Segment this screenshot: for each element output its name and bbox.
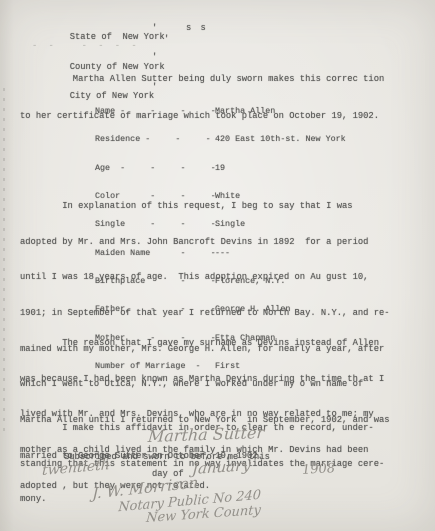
stray-tick-mark: ' (164, 34, 169, 44)
record-label: Name - (95, 106, 125, 116)
record-value: 420 East 10th-st. New York (215, 135, 346, 143)
record-row-residence: Residence - - - 420 East 10th-st. New Yo… (95, 135, 346, 143)
record-row-name: Name - - - - Martha Allen (95, 107, 346, 115)
record-label: Age - (95, 163, 125, 173)
paragraph-line: until I was 18 years of age. This adopti… (20, 270, 390, 286)
record-dash-fill: - - - (125, 106, 215, 116)
record-dash-fill: - - - (125, 163, 215, 173)
record-row-age: Age - - - - 19 (95, 164, 346, 172)
record-value: 19 (215, 164, 225, 172)
paragraph-line: The reason that I gave my surname as Dev… (20, 336, 384, 352)
record-dash-fill: - - (150, 134, 210, 144)
paragraph-line: In explanation of this request, I beg to… (20, 199, 390, 215)
paragraph-line: adopted by Mr. and Mrs. John Bancroft De… (20, 235, 390, 251)
ss-scilicet-mark: s s (186, 24, 208, 33)
jurisdiction-line-state: State of New York ' s s (38, 24, 258, 33)
record-value: Martha Allen (215, 107, 275, 115)
faint-dash-artifact: - - - - - - (32, 41, 140, 51)
year-handwritten: 1908 (302, 461, 336, 478)
paragraph-line: was because I had been known as Martha D… (20, 372, 384, 388)
intro-line: Martha Allen Sutter being duly sworn mak… (20, 71, 384, 88)
record-label: Residence - (95, 134, 150, 144)
binding-perforation-marks (3, 88, 5, 433)
affidavit-document-page: State of New York ' s s County of New Yo… (0, 0, 435, 531)
bracket-tick: ' (152, 24, 157, 33)
